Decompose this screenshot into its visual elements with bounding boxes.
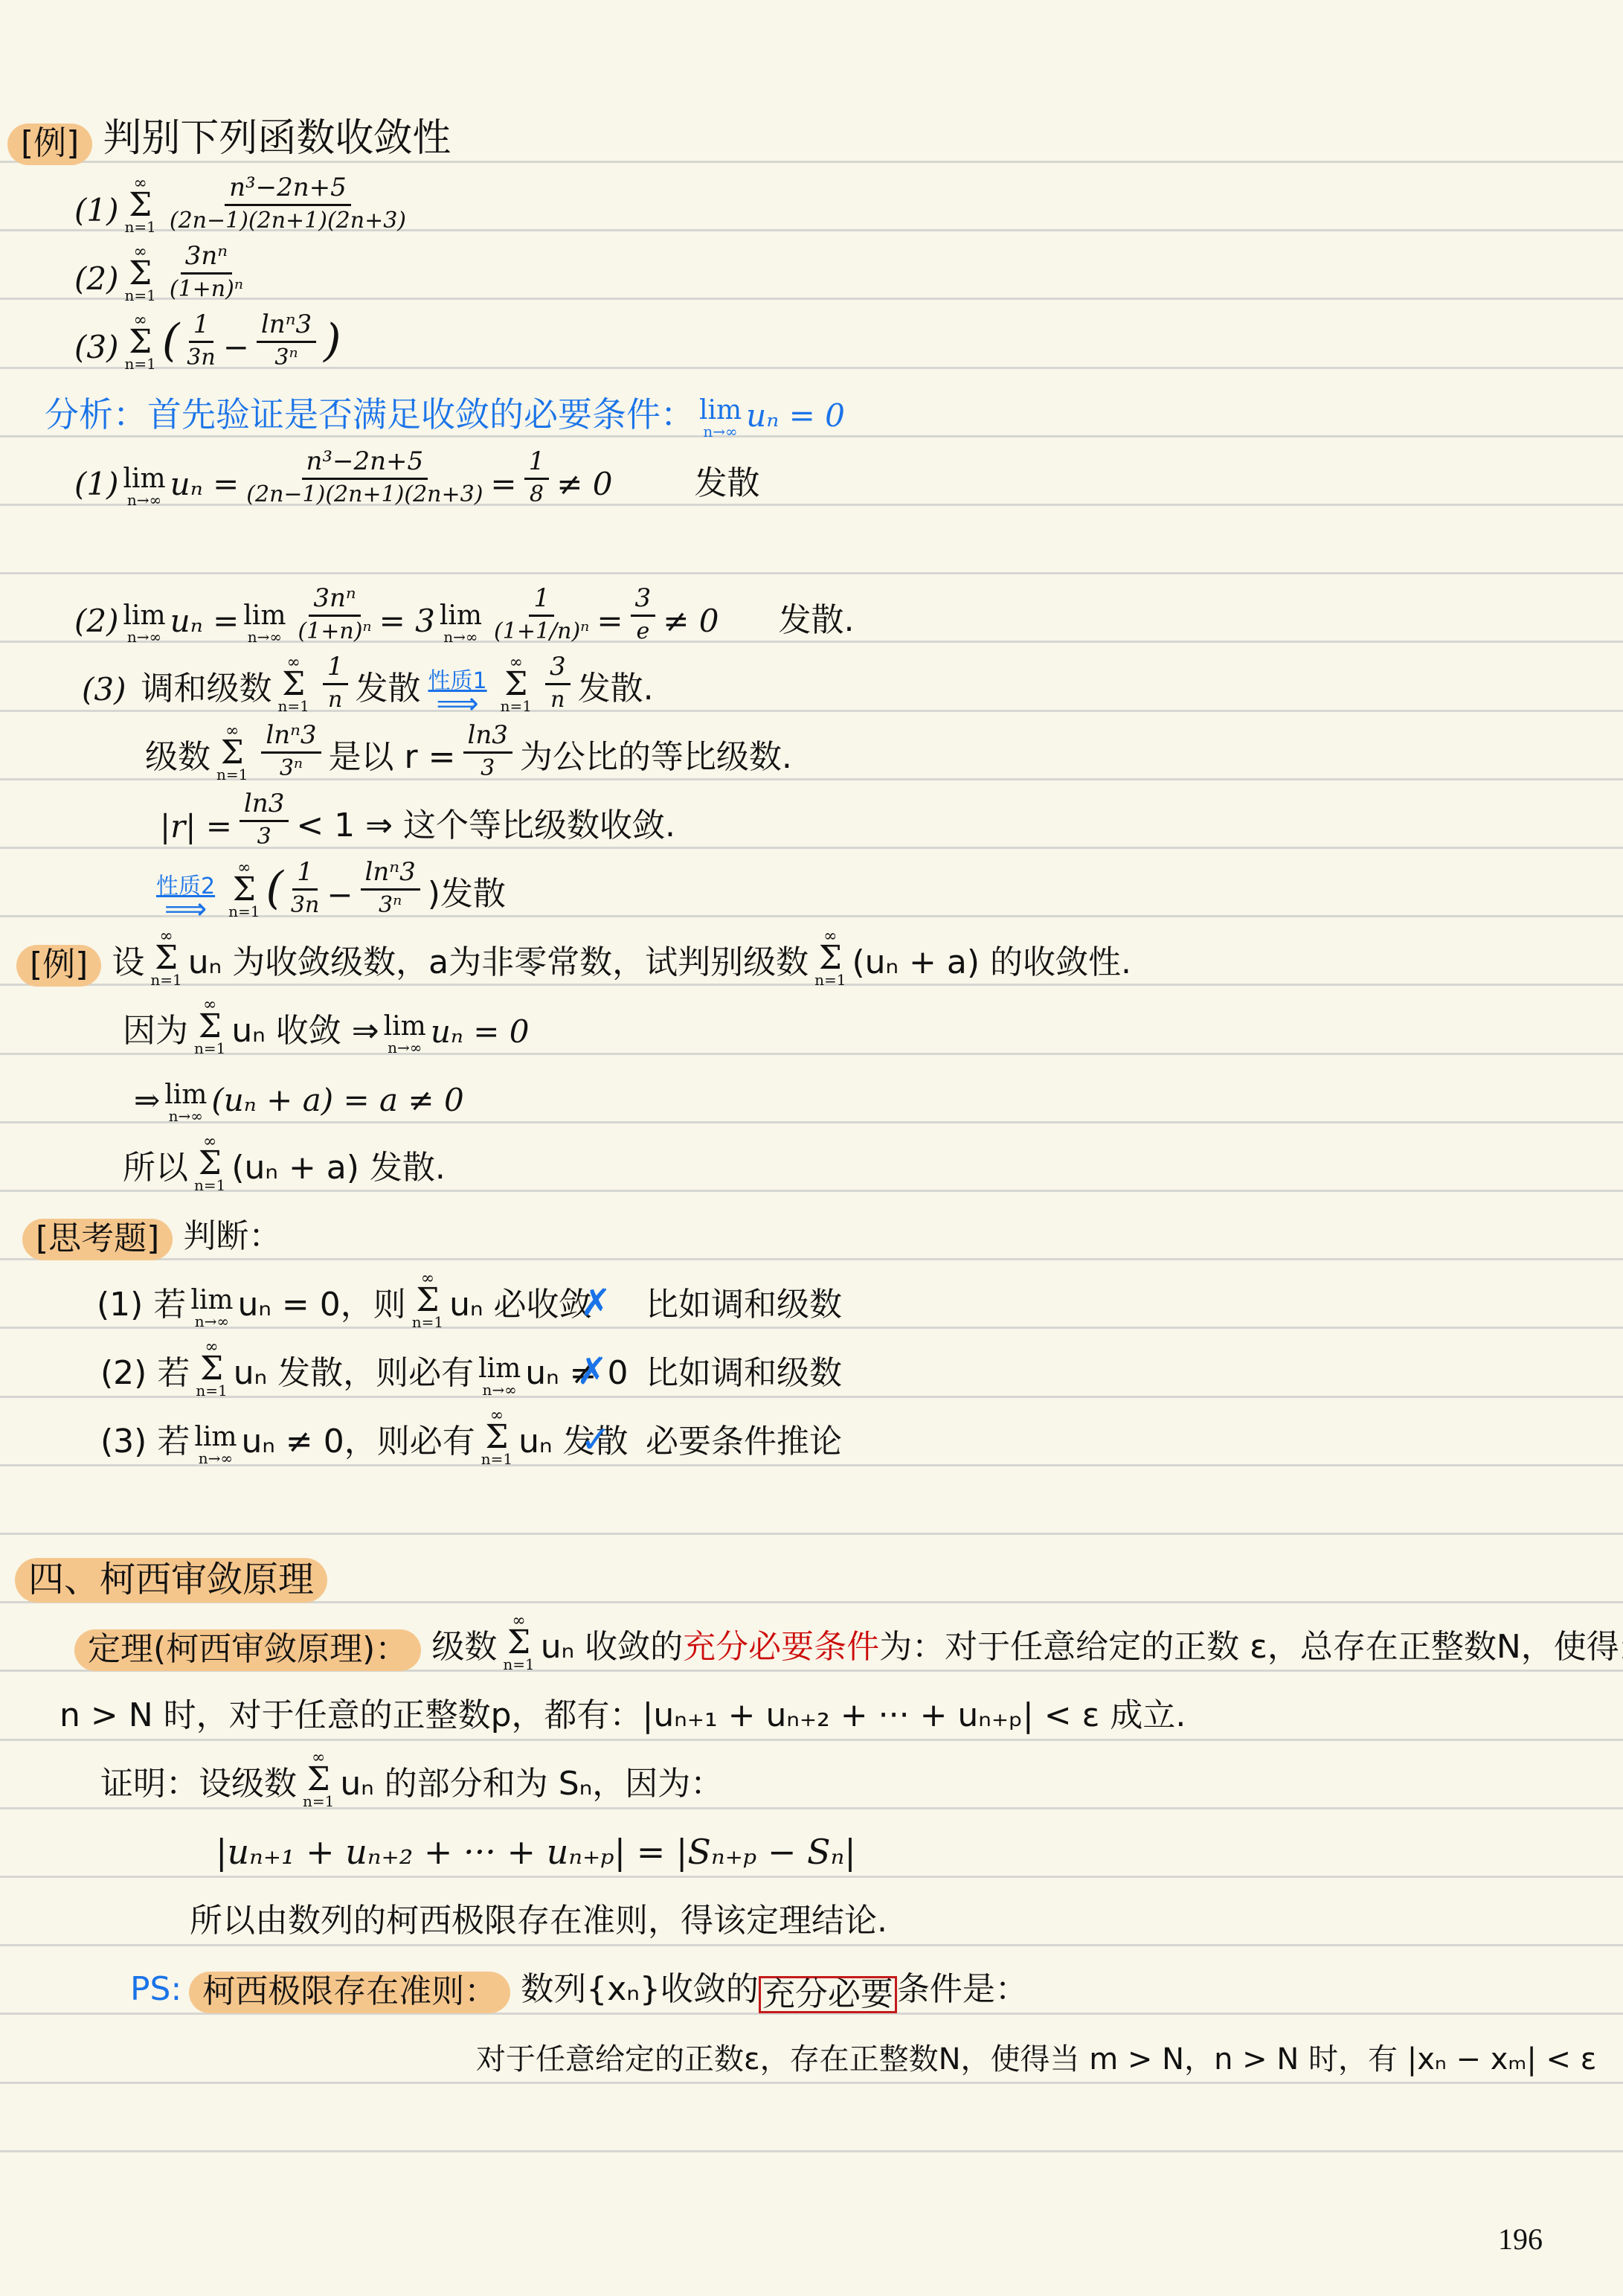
implies: ⇒ [134, 1085, 160, 1123]
thinking-item-3-note: 必要条件推论 [646, 1397, 842, 1466]
text: 为公比的等比级数. [520, 741, 792, 781]
text: 发散 [356, 673, 421, 713]
text: uₙ 发散 [518, 1426, 628, 1466]
proof-conclusion: 所以由数列的柯西极限存在准则，得该定理结论. [190, 1876, 887, 1945]
equals: = 3 [379, 606, 435, 644]
text: uₙ 发散，则必有 [234, 1357, 474, 1397]
fraction: 1(1+1/n)ⁿ [494, 583, 589, 644]
paren: ( [266, 866, 283, 918]
text: 比如调和级数 [646, 1357, 842, 1397]
thinking-item-2: (2) 若 ∞Σn=1 uₙ 发散，则必有 limn→∞ uₙ ≠ 0 [100, 1329, 629, 1397]
item-label: (1) [74, 195, 119, 234]
example1-item-2: (2) ∞Σn=1 3nⁿ(1+n)ⁿ [74, 234, 251, 302]
text: 条件是： [897, 1973, 1028, 2013]
text: (uₙ + a) 的收敛性. [852, 946, 1131, 987]
example-tag: [例] [16, 945, 101, 987]
text: 比如调和级数 [646, 1289, 842, 1329]
sum-symbol: ∞Σn=1 [503, 1614, 534, 1671]
sum-symbol: ∞Σn=1 [194, 1135, 225, 1192]
text: 所以由数列的柯西极限存在准则，得该定理结论. [190, 1905, 887, 1945]
analysis-step-2: (2) limn→∞ uₙ = limn→∞ 3nⁿ(1+n)ⁿ = 3 lim… [74, 576, 854, 644]
text: uₙ 收敛 ⇒ [231, 1015, 379, 1055]
example-tag: [例] [7, 124, 92, 165]
limit-symbol: limn→∞ [478, 1356, 521, 1397]
sum-symbol: ∞Σn=1 [196, 1340, 227, 1397]
equation: |uₙ₊₁ + uₙ₊₂ + ··· + uₙ₊ₚ| = |Sₙ₊ₚ − Sₙ| [216, 1835, 856, 1876]
text: 对于任意给定的正数ε，存在正整数N，使得当 m > N，n > N 时，有 |x… [476, 2045, 1596, 2082]
limit-symbol: limn→∞ [384, 1013, 426, 1055]
fraction: 3n [545, 652, 571, 713]
thinking-item-2-mark: ✗ [576, 1329, 608, 1397]
property-1-arrow: 性质1⟹ [428, 662, 487, 713]
sum-symbol: ∞Σn=1 [150, 929, 181, 987]
section-4-header: 四、柯西审敛原理 [15, 1534, 338, 1603]
neq-zero: ≠ 0 [556, 469, 612, 507]
example2-proof-1: 因为 ∞Σn=1 uₙ 收敛 ⇒ limn→∞ uₙ = 0 [123, 987, 530, 1055]
text: uₙ 的部分和为 Sₙ，因为： [340, 1768, 723, 1808]
rule-line [0, 2150, 1623, 2152]
text: (3) 若 [100, 1426, 190, 1466]
sum-symbol: ∞Σn=1 [194, 998, 225, 1055]
analysis-step-3-line-3: |r| = ln33 < 1 ⇒ 这个等比级数收敛. [160, 781, 675, 850]
text: 设 [112, 946, 144, 987]
thinking-title: 判断： [183, 1220, 281, 1260]
fraction: ln33 [463, 720, 512, 781]
fraction: ln33 [240, 789, 289, 850]
text: (uₙ + a) 发散. [231, 1152, 446, 1192]
fraction: lnⁿ33ⁿ [257, 310, 316, 371]
item-label: (3) [82, 674, 126, 713]
paren: ) [324, 318, 341, 371]
thinking-item-1-mark: ✗ [580, 1260, 611, 1329]
text: 为：对于任意给定的正数 ε，总存在正整数N，使得当 [879, 1631, 1623, 1671]
fraction: 3e [631, 583, 656, 644]
sum-symbol: ∞Σn=1 [278, 655, 309, 713]
ps-line-2: 对于任意给定的正数ε，存在正整数N，使得当 m > N，n > N 时，有 |x… [476, 2013, 1596, 2082]
text: uₙ 为收敛级数，a为非零常数，试判别级数 [188, 946, 809, 987]
text: 级数 [145, 741, 210, 781]
ps-line-1: PS: 柯西极限存在准则： 数列{xₙ}收敛的 充分必要 条件是： [130, 1945, 1028, 2013]
cross-icon: ✗ [580, 1284, 611, 1329]
text: uₙ = 0，则 [237, 1289, 405, 1329]
analysis-step-3-line-4: 性质2⟹ ∞Σn=1 ( 13n − lnⁿ33ⁿ )发散 [149, 850, 506, 918]
text: (uₙ + a) = a ≠ 0 [211, 1085, 463, 1123]
boxed-text: 充分必要 [759, 1976, 897, 2013]
thinking-item-1: (1) 若 limn→∞ uₙ = 0，则 ∞Σn=1 uₙ 必收敛 [97, 1260, 592, 1329]
text: 所以 [123, 1152, 188, 1192]
sum-symbol: ∞Σn=1 [412, 1272, 443, 1329]
sum-symbol: ∞Σn=1 [228, 861, 260, 918]
text: |r| = [160, 811, 232, 850]
cross-icon: ✗ [576, 1353, 608, 1397]
text: n > N 时，对于任意的正整数p，都有：|uₙ₊₁ + uₙ₊₂ + ··· … [60, 1699, 1186, 1739]
text: )发散 [428, 878, 506, 918]
text: uₙ = 0 [431, 1016, 530, 1055]
sum-symbol: ∞Σn=1 [501, 655, 532, 713]
fraction: n³−2n+5(2n−1)(2n+1)(2n+3) [170, 173, 406, 234]
text: 证明：设级数 [100, 1768, 297, 1808]
text: 级数 [431, 1631, 497, 1671]
limit-symbol: limn→∞ [440, 603, 482, 644]
lhs: uₙ = [170, 606, 240, 644]
theorem-tag: 定理(柯西审敛原理)： [74, 1629, 421, 1671]
thinking-tag: [思考题] [22, 1219, 173, 1260]
limit-symbol: limn→∞ [190, 1287, 233, 1329]
example1-header: [例] 判别下列函数收敛性 [7, 97, 451, 165]
analysis-intro: 分析：首先验证是否满足收敛的必要条件： limn→∞ uₙ = 0 [45, 371, 845, 439]
example2-proof-2: ⇒ limn→∞ (uₙ + a) = a ≠ 0 [134, 1055, 464, 1123]
example1-title: 判别下列函数收敛性 [103, 119, 451, 165]
rule-line [0, 2082, 1623, 2084]
fraction: n³−2n+5(2n−1)(2n+1)(2n+3) [246, 446, 483, 507]
fraction: 3nⁿ(1+n)ⁿ [170, 241, 243, 302]
limit-symbol: limn→∞ [243, 603, 286, 644]
page-number: 196 [1498, 2222, 1543, 2257]
sum-symbol: ∞Σn=1 [125, 245, 156, 302]
thinking-item-3: (3) 若 limn→∞ uₙ ≠ 0，则必有 ∞Σn=1 uₙ 发散 [100, 1397, 629, 1466]
analysis-step-3-line-2: 级数 ∞Σn=1 lnⁿ33ⁿ 是以 r = ln33 为公比的等比级数. [145, 713, 792, 781]
sum-symbol: ∞Σn=1 [303, 1751, 334, 1808]
item-label: (3) [74, 332, 119, 371]
verdict: 发散 [695, 467, 760, 507]
thinking-header: [思考题] 判断： [22, 1192, 281, 1260]
example1-item-3: (3) ∞Σn=1 ( 13n − lnⁿ33ⁿ ) [74, 302, 341, 371]
sum-symbol: ∞Σn=1 [481, 1408, 512, 1466]
text: (1) 若 [97, 1289, 186, 1329]
text: 发散. [578, 673, 654, 713]
fraction: lnⁿ33ⁿ [261, 720, 321, 781]
verdict: 发散. [778, 604, 854, 644]
fraction: 13n [291, 857, 319, 918]
text: 数列{xₙ}收敛的 [521, 1973, 759, 2013]
thinking-item-2-note: 比如调和级数 [646, 1329, 842, 1397]
limit-symbol: limn→∞ [194, 1424, 237, 1466]
item-label: (1) [74, 469, 119, 507]
equals: = [490, 469, 516, 507]
text: < 1 ⇒ 这个等比级数收敛. [296, 809, 675, 850]
proof-line-1: 证明：设级数 ∞Σn=1 uₙ 的部分和为 Sₙ，因为： [100, 1739, 723, 1808]
limit-symbol: limn→∞ [123, 466, 166, 507]
neq-zero: ≠ 0 [663, 606, 719, 644]
limit-symbol: limn→∞ [123, 603, 166, 644]
text: (2) 若 [100, 1357, 190, 1397]
limit-symbol: limn→∞ [699, 397, 742, 439]
fraction: 18 [524, 446, 550, 507]
lhs: uₙ = [170, 469, 240, 507]
rule-line [0, 572, 1623, 574]
ps-tag: 柯西极限存在准则： [189, 1972, 510, 2013]
thinking-item-3-mark: ✓ [580, 1397, 611, 1466]
double-arrow-icon: ⟹ [164, 900, 207, 918]
text: uₙ 必收敛 [449, 1289, 591, 1329]
equals: = [597, 606, 623, 644]
sum-symbol: ∞Σn=1 [125, 313, 156, 371]
fraction: 1n [323, 652, 348, 713]
text: uₙ 收敛的 [541, 1631, 683, 1671]
item-label: (2) [74, 606, 119, 644]
highlighted-text: 充分必要条件 [683, 1631, 879, 1671]
sum-symbol: ∞Σn=1 [125, 176, 156, 234]
minus: − [223, 332, 249, 371]
ps-label: PS: [130, 1973, 181, 2013]
limit-symbol: limn→∞ [164, 1082, 207, 1123]
sum-symbol: ∞Σn=1 [814, 929, 846, 987]
example2-statement: [例] 设 ∞Σn=1 uₙ 为收敛级数，a为非零常数，试判别级数 ∞Σn=1 … [16, 918, 1131, 987]
example2-proof-3: 所以 ∞Σn=1 (uₙ + a) 发散. [123, 1123, 446, 1192]
sum-symbol: ∞Σn=1 [216, 724, 248, 781]
text: 因为 [123, 1015, 188, 1055]
example1-item-1: (1) ∞Σn=1 n³−2n+5(2n−1)(2n+1)(2n+3) [74, 165, 414, 234]
thinking-item-1-note: 比如调和级数 [646, 1260, 842, 1329]
minus: − [327, 879, 353, 918]
text: 调和级数 [141, 673, 272, 713]
text: 是以 r = [329, 741, 456, 781]
property-2-arrow: 性质2⟹ [156, 868, 215, 918]
theorem-line-2: n > N 时，对于任意的正整数p，都有：|uₙ₊₁ + uₙ₊₂ + ··· … [60, 1671, 1186, 1739]
analysis-step-1: (1) limn→∞ uₙ = n³−2n+5(2n−1)(2n+1)(2n+3… [74, 439, 760, 507]
text: uₙ ≠ 0，则必有 [241, 1426, 475, 1466]
analysis-step-3-line-1: (3) 调和级数 ∞Σn=1 1n 发散 性质1⟹ ∞Σn=1 3n 发散. [82, 644, 654, 713]
check-icon: ✓ [580, 1421, 611, 1466]
theorem-line-1: 定理(柯西审敛原理)： 级数 ∞Σn=1 uₙ 收敛的 充分必要条件 为：对于任… [74, 1603, 1623, 1671]
fraction: 3nⁿ(1+n)ⁿ [298, 583, 371, 644]
proof-equation: |uₙ₊₁ + uₙ₊₂ + ··· + uₙ₊ₚ| = |Sₙ₊ₚ − Sₙ| [216, 1808, 856, 1876]
analysis-intro-text: 分析：首先验证是否满足收敛的必要条件： [45, 397, 695, 439]
section-title: 四、柯西审敛原理 [15, 1558, 327, 1603]
paren: ( [162, 318, 179, 371]
text: 必要条件推论 [646, 1426, 842, 1466]
analysis-intro-tail: uₙ = 0 [746, 400, 845, 439]
fraction: lnⁿ33ⁿ [361, 857, 420, 918]
fraction: 13n [187, 310, 215, 371]
double-arrow-icon: ⟹ [436, 695, 478, 713]
item-label: (2) [74, 263, 119, 302]
